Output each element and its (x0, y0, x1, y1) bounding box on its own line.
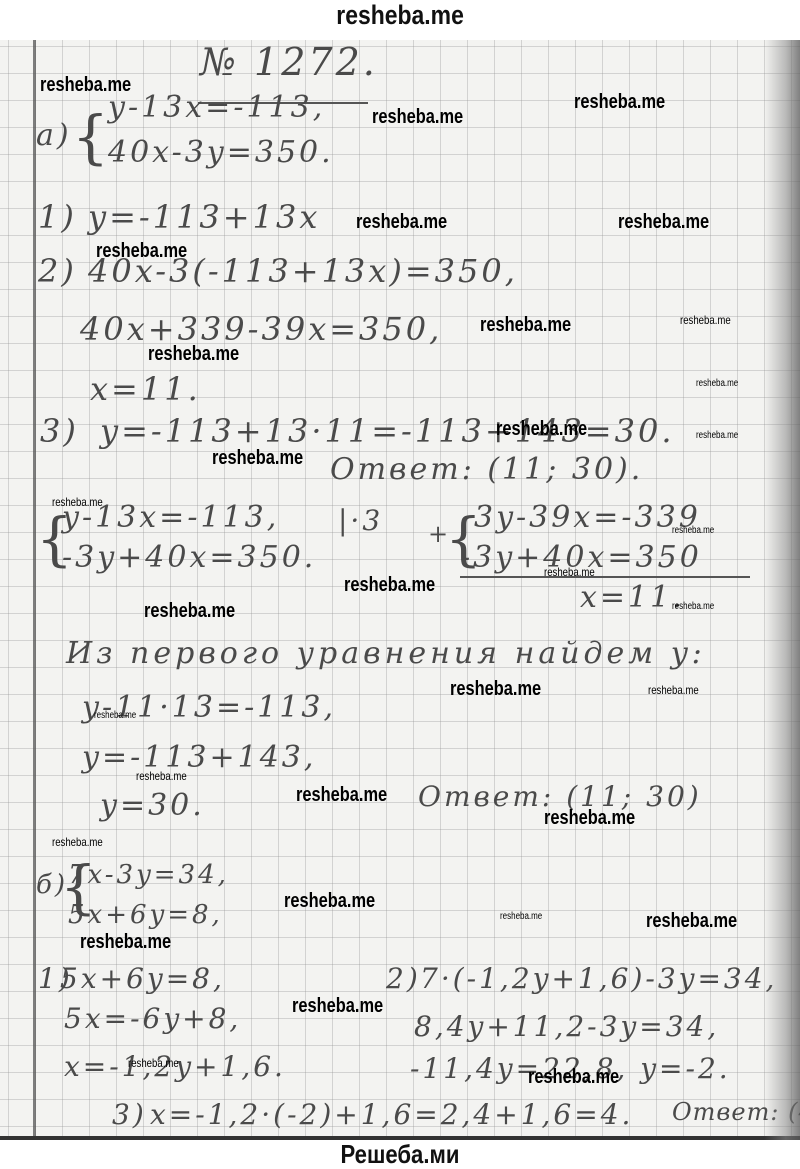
watermark: resheba.me (672, 525, 714, 536)
system-brace: { (72, 108, 109, 166)
step1-line: 5x=-6y+8, (64, 1002, 241, 1035)
watermark: resheba.me (696, 430, 738, 441)
sum-result: x=11. (580, 580, 685, 615)
step2-line: 7·(-1,2y+1,6)-3y=34, (420, 962, 777, 995)
watermark: resheba.me (450, 678, 541, 701)
watermark: resheba.me (544, 807, 635, 830)
part-b-eq1: 7x-3y=34, (68, 860, 229, 890)
watermark: resheba.me (648, 683, 699, 697)
watermark: resheba.me (52, 495, 103, 509)
watermark: resheba.me (544, 565, 595, 579)
alt-line: y=30. (100, 788, 205, 823)
step-label: 2) (386, 962, 421, 995)
margin-line (33, 40, 36, 1140)
step-text: x=11. (90, 370, 201, 408)
watermark: resheba.me (680, 313, 731, 327)
step-text: 40x+339-39x=350, (80, 310, 442, 348)
notebook-page: № 1272. а) { y-13x=-113, 40x-3y=350. 1) … (0, 40, 800, 1140)
alt-right-eq1: 3y-39x=-339 (474, 500, 701, 535)
watermark: resheba.me (696, 378, 738, 389)
step-text: y=-113+13x (88, 198, 320, 236)
alt-eq2: -3y+40x=350. (62, 540, 316, 575)
answer-text: Ответ: (4; (672, 1098, 800, 1126)
watermark: resheba.me (574, 91, 665, 114)
bottom-site-banner: Решеба.ми (0, 1140, 800, 1169)
part-a-label: а) (36, 118, 72, 153)
step-label: 1) (38, 198, 77, 236)
step3-text: x=-1,2·(-2)+1,6=2,4+1,6=4. (150, 1098, 633, 1131)
site-name-cyrillic: Решеба.ми (341, 1140, 460, 1169)
step1-line: 5x+6y=8, (60, 962, 225, 995)
watermark: resheba.me (496, 418, 587, 441)
answer-text: Ответ: (11; 30). (330, 452, 643, 487)
step-label: 3) (112, 1098, 147, 1131)
watermark: resheba.me (284, 890, 375, 913)
multiplier: |·3 (338, 504, 383, 537)
watermark: resheba.me (94, 710, 136, 721)
watermark: resheba.me (212, 447, 303, 470)
watermark: resheba.me (356, 211, 447, 234)
part-a-eq1: y-13x=-113, (108, 90, 325, 125)
watermark: resheba.me (618, 211, 709, 234)
watermark: resheba.me (52, 835, 103, 849)
watermark: resheba.me (128, 1056, 179, 1070)
watermark: resheba.me (480, 314, 571, 337)
step-label: 2) (38, 252, 77, 290)
watermark: resheba.me (296, 784, 387, 807)
sum-line (460, 576, 750, 578)
watermark: resheba.me (148, 343, 239, 366)
watermark: resheba.me (672, 601, 714, 612)
find-y-text: Из первого уравнения найдем y: (66, 636, 706, 671)
watermark: resheba.me (292, 995, 383, 1018)
watermark: resheba.me (40, 74, 131, 97)
watermark: resheba.me (646, 910, 737, 933)
watermark: resheba.me (344, 574, 435, 597)
watermark: resheba.me (500, 911, 542, 922)
watermark: resheba.me (80, 931, 171, 954)
watermark: resheba.me (528, 1066, 619, 1089)
part-b-eq2: 5x+6y=8, (68, 900, 223, 930)
step2-line: 8,4y+11,2-3y=34, (414, 1010, 719, 1043)
watermark: resheba.me (136, 769, 187, 783)
site-name: resheba.me (336, 0, 464, 30)
part-a-eq2: 40x-3y=350. (108, 135, 334, 170)
watermark: resheba.me (372, 106, 463, 129)
problem-number: № 1272. (200, 40, 378, 84)
step-text: y=-113+13·11=-113+143=30. (100, 412, 675, 450)
top-site-banner: resheba.me (0, 0, 800, 40)
watermark: resheba.me (96, 240, 187, 263)
step-label: 3) (40, 412, 79, 450)
watermark: resheba.me (144, 600, 235, 623)
alt-line: y=-113+143, (82, 740, 316, 775)
